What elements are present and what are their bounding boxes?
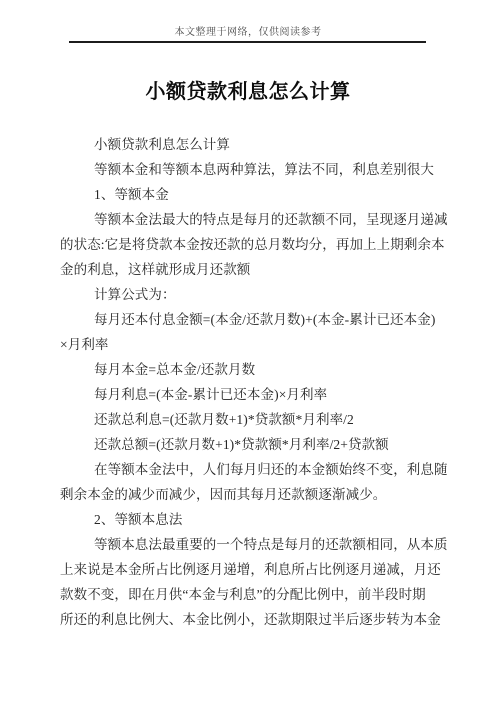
document-body: 小额贷款利息怎么计算等额本金和等额本息两种算法，算法不同，利息差别很大1、等额本… <box>60 132 452 632</box>
document-title: 小额贷款利息怎么计算 <box>0 75 496 104</box>
body-text-line: 每月本金=总本金/还款月数 <box>60 357 452 382</box>
body-text-line: 还款总额=(还款月数+1)*贷款额*月利率/2+贷款额 <box>60 432 452 457</box>
body-text-line: 计算公式为： <box>60 282 452 307</box>
body-text-line: 款数不变，即在月供“本金与利息”的分配比例中，前半段时期 <box>60 582 452 607</box>
body-text-line: 金的利息，这样就形成月还款额 <box>60 257 452 282</box>
body-text-line: 的状态:它是将贷款本金按还款的总月数均分，再加上上期剩余本 <box>60 232 452 257</box>
body-text-line: ×月利率 <box>60 332 452 357</box>
body-text-line: 上来说是本金所占比例逐月递增，利息所占比例逐月递减，月还 <box>60 557 452 582</box>
body-text-line: 所还的利息比例大、本金比例小，还款期限过半后逐步转为本金 <box>60 607 452 632</box>
header-divider-line <box>69 41 426 43</box>
body-text-line: 1、等额本金 <box>60 182 452 207</box>
body-text-line: 每月还本付息金额=(本金/还款月数)+(本金-累计已还本金) <box>60 307 452 332</box>
body-text-line: 剩余本金的减少而减少，因而其每月还款额逐渐减少。 <box>60 482 452 507</box>
body-text-line: 2、等额本息法 <box>60 507 452 532</box>
header-note: 本文整理于网络，仅供阅读参考 <box>0 26 496 39</box>
body-text-line: 每月利息=(本金-累计已还本金)×月利率 <box>60 382 452 407</box>
body-text-line: 等额本金法最大的特点是每月的还款额不同，呈现逐月递减 <box>60 207 452 232</box>
body-text-line: 还款总利息=(还款月数+1)*贷款额*月利率/2 <box>60 407 452 432</box>
body-text-line: 等额本金和等额本息两种算法，算法不同，利息差别很大 <box>60 157 452 182</box>
body-text-line: 在等额本金法中，人们每月归还的本金额始终不变，利息随 <box>60 457 452 482</box>
document-page: 本文整理于网络，仅供阅读参考 小额贷款利息怎么计算 小额贷款利息怎么计算等额本金… <box>0 0 496 702</box>
body-text-line: 小额贷款利息怎么计算 <box>60 132 452 157</box>
body-text-line: 等额本息法最重要的一个特点是每月的还款额相同，从本质 <box>60 532 452 557</box>
